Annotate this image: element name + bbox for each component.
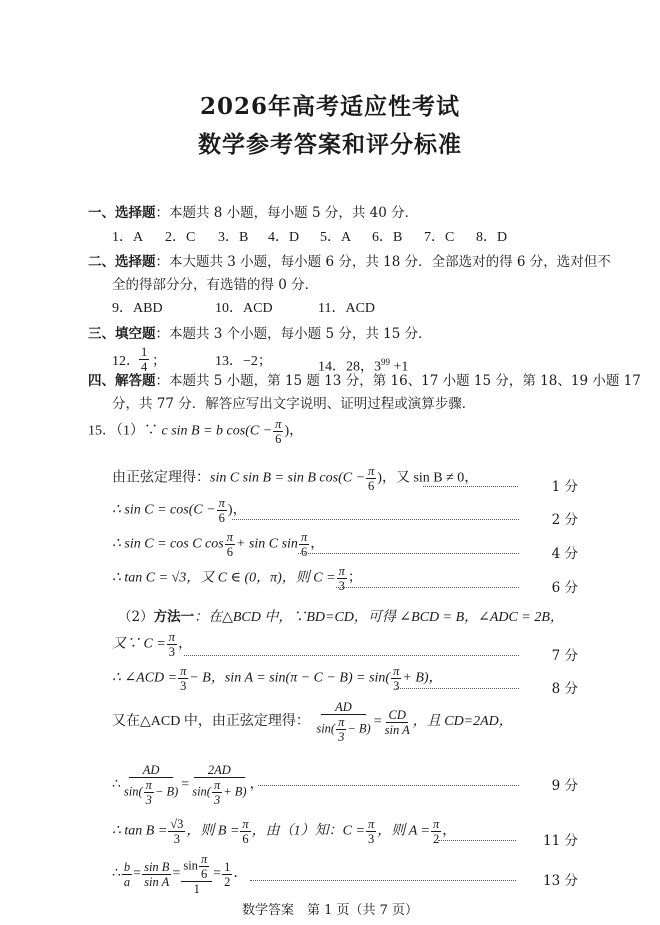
q15-step-8: ∴ ∠ACD =π3− B，sin A = sin(π − C − B) = s…: [112, 664, 443, 693]
q15-step-2: ∴ sin C = cos(C −π6)，: [112, 496, 247, 525]
q15-step-sine-law: 又在△ACD 中，由正弦定理得： ADsin(π3− B)=CDsin A，且 …: [112, 700, 513, 744]
fraction-pi-3: π3: [178, 664, 188, 693]
section-2-heading: 二、选择题：本大题共 3 小题，每小题 6 分，共 18 分．全部选对的得 6 …: [88, 253, 611, 271]
dot-leader: [396, 688, 519, 689]
q15-step-1: 由正弦定理得：sin C sin B = sin B cos(C −π6)，又 …: [112, 464, 478, 493]
fraction-cd-over-sina: CDsin A: [383, 708, 412, 737]
q15-step-7: 又∵ C =π3，: [112, 630, 192, 659]
dot-leader: [232, 519, 519, 520]
document-subtitle: 数学参考答案和评分标准: [0, 126, 660, 159]
dot-leader: [438, 840, 516, 841]
section-4-heading: 四、解答题：本题共 5 小题，第 15 题 13 分，第 16、17 小题 15…: [88, 372, 641, 390]
q15-step-11: ∴ tan B =√33，则 B =π6，由（1）知：C =π3，则 A =π2…: [112, 817, 456, 846]
score-9: 9 分: [552, 774, 578, 794]
q15-step-4: ∴ tan C = √3，又 C ∈ (0，π)，则 C =π3；: [112, 564, 362, 593]
fraction-pi-6: π6: [299, 530, 309, 559]
fraction-pi-6: π6: [273, 417, 283, 446]
q15-statement: 15．（1）∵ c sin B = b cos(C −π6)，: [88, 417, 303, 446]
section-1-answers: 1．A2．C3．B4．D5．A6．B7．C8．D: [112, 229, 507, 247]
fraction-ad-over-sin: ADsin(π3− B): [314, 700, 372, 744]
dot-leader: [258, 785, 519, 786]
fraction-pi-3: π3: [337, 564, 347, 593]
score-4: 4 分: [552, 542, 578, 562]
section-4-desc-cont: 分，共 77 分．解答应写出文字说明、证明过程或演算步骤．: [112, 395, 475, 413]
score-11: 11 分: [543, 829, 578, 849]
fraction-one-quarter: 14: [139, 345, 149, 374]
score-13: 13 分: [543, 869, 578, 889]
dot-leader: [423, 486, 518, 487]
score-8: 8 分: [552, 677, 578, 697]
fraction-pi-6: π6: [225, 530, 235, 559]
fraction-pi-6: π6: [217, 496, 227, 525]
score-7: 7 分: [552, 644, 578, 664]
page-footer: 数学答案 第 1 页（共 7 页）: [0, 899, 660, 918]
fraction-pi-6: π6: [366, 464, 376, 493]
q15-step-9: ∴ADsin(π3− B)=2ADsin(π3+ B)，: [112, 763, 264, 807]
q15-step-13: ∴ba=sin Bsin A=sinπ61=12．: [112, 852, 247, 896]
dot-leader: [298, 553, 519, 554]
q15-part-2-method-1: （2）方法一：在△BCD 中，∵BD=CD，可得 ∠BCD = B，∠ADC =…: [118, 608, 564, 627]
document-title: 2026年高考适应性考试: [0, 88, 660, 121]
dot-leader: [250, 880, 516, 881]
score-2: 2 分: [552, 508, 578, 528]
section-3-heading: 三、填空题：本题共 3 个小题，每小题 5 分，共 15 分．: [88, 325, 432, 343]
section-2-answers: 9．ABD10．ACD11．ACD: [112, 300, 375, 318]
section-1-heading: 一、选择题：本题共 8 小题，每小题 5 分，共 40 分．: [88, 204, 418, 222]
dot-leader: [184, 655, 519, 656]
section-2-desc-cont: 全的得部分分，有选错的得 0 分．: [112, 276, 318, 294]
dot-leader: [336, 587, 519, 588]
q15-step-3: ∴ sin C = cos C cosπ6+ sin C sinπ6，: [112, 530, 324, 559]
score-1: 1 分: [552, 475, 578, 495]
fraction-pi-3: π3: [167, 630, 177, 659]
score-6: 6 分: [552, 576, 578, 596]
